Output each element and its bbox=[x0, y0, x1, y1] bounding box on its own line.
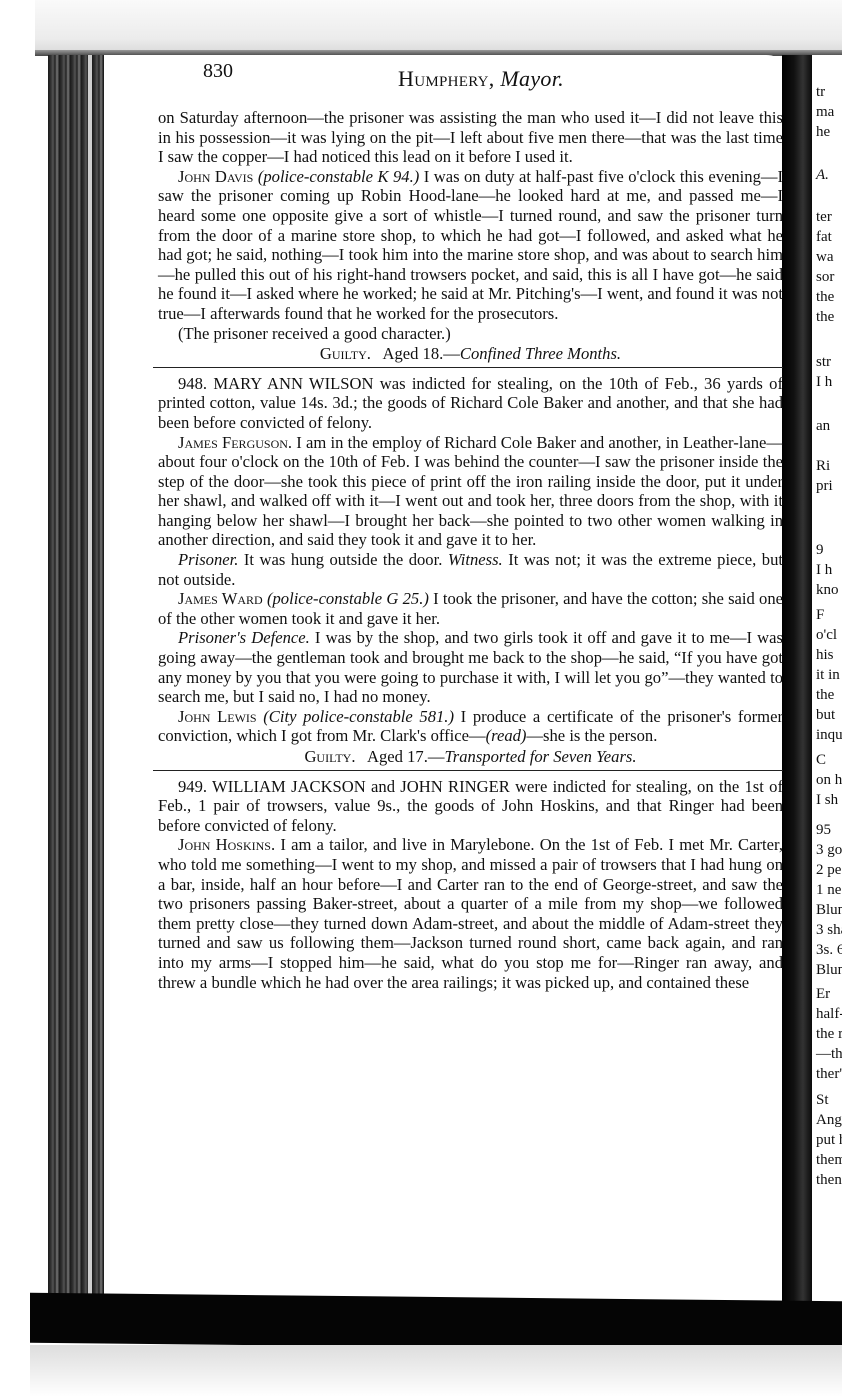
facing-page-line: it in bbox=[816, 665, 840, 685]
witness-name: John Davis bbox=[178, 167, 253, 186]
facing-page-line: ma bbox=[816, 102, 834, 122]
case-948-indictment: 948. MARY ANN WILSON was indicted for st… bbox=[158, 374, 783, 433]
facing-page-line: his bbox=[816, 645, 834, 665]
facing-page-line: str bbox=[816, 352, 831, 372]
facing-page-line: ter bbox=[816, 207, 832, 227]
facing-page-line: sor bbox=[816, 267, 834, 287]
facing-page-line: 3 sha bbox=[816, 920, 842, 940]
facing-page-line: he bbox=[816, 122, 830, 142]
facing-page-line: —the bbox=[816, 1044, 842, 1064]
running-head-title: Mayor. bbox=[500, 66, 564, 91]
speaker-label: Witness. bbox=[448, 550, 503, 569]
body-text: on Saturday afternoon—the prisoner was a… bbox=[158, 108, 783, 992]
testimony-text: I am a tailor, and live in Marylebone. O… bbox=[158, 835, 783, 991]
facing-page-line: them bbox=[816, 1150, 842, 1170]
facing-page-line: 95 bbox=[816, 820, 831, 840]
facing-page-line: I h bbox=[816, 372, 832, 392]
facing-page-line: Er bbox=[816, 984, 830, 1004]
facing-page-line: Ange bbox=[816, 1110, 842, 1130]
facing-page-line: C bbox=[816, 750, 826, 770]
testimony-james-ferguson: James Ferguson. I am in the employ of Ri… bbox=[158, 433, 783, 551]
facing-page-line: 2 pe bbox=[816, 860, 841, 880]
prisoner-text: It was hung outside the door. bbox=[238, 550, 447, 569]
testimony-text-end: —she is the person. bbox=[526, 726, 657, 745]
prisoners-defence: Prisoner's Defence. I was by the shop, a… bbox=[158, 628, 783, 706]
facing-page-line: I h bbox=[816, 560, 832, 580]
page-stack-edges bbox=[48, 55, 104, 1300]
facing-page-line: Ri bbox=[816, 456, 830, 476]
facing-page-line: A. bbox=[816, 165, 829, 185]
facing-page-line: St bbox=[816, 1090, 829, 1110]
defence-label: Prisoner's Defence. bbox=[178, 628, 310, 647]
speaker-label: Prisoner. bbox=[178, 550, 238, 569]
defendant-names: WILLIAM JACKSON and JOHN RINGER bbox=[212, 777, 510, 796]
book-gutter bbox=[782, 55, 812, 1305]
facing-page-line: the bbox=[816, 307, 834, 327]
verdict: Guilty. bbox=[320, 344, 371, 363]
facing-page-line: the bbox=[816, 287, 834, 307]
verdict-line: Guilty. Aged 17.—Transported for Seven Y… bbox=[158, 747, 783, 767]
section-divider bbox=[153, 367, 783, 368]
case-number: 949. bbox=[178, 777, 207, 796]
facing-page-line: F bbox=[816, 605, 824, 625]
sentence: Confined Three Months. bbox=[460, 344, 621, 363]
facing-page-line: I sh bbox=[816, 790, 838, 810]
scan-top-margin bbox=[35, 0, 842, 55]
facing-page-line: put h bbox=[816, 1130, 842, 1150]
running-head: Humphery, Mayor. bbox=[398, 66, 564, 92]
witness-role: (City police-constable 581.) bbox=[263, 707, 454, 726]
facing-page-line: kno bbox=[816, 580, 839, 600]
facing-page-line: an bbox=[816, 416, 830, 436]
facing-page-line: half- bbox=[816, 1004, 842, 1024]
witness-name: John Hoskins. bbox=[178, 835, 275, 854]
continued-paragraph: on Saturday afternoon—the prisoner was a… bbox=[158, 108, 783, 167]
facing-page-line: the bbox=[816, 685, 834, 705]
facing-page-line: Blun bbox=[816, 900, 842, 920]
witness-role: (police-constable G 25.) bbox=[267, 589, 429, 608]
facing-page-fragment: trmaheA.terfatwasorthethestrI hanRipri9I… bbox=[812, 55, 842, 1295]
book-bottom-edge bbox=[30, 1293, 842, 1352]
sentence: Transported for Seven Years. bbox=[444, 747, 636, 766]
witness-name: James Ward bbox=[178, 589, 263, 608]
facing-page-line: Blun bbox=[816, 960, 842, 980]
witness-name: James Ferguson. bbox=[178, 433, 292, 452]
facing-page-line: ther's bbox=[816, 1064, 842, 1084]
running-head-name: Humphery, bbox=[398, 66, 495, 91]
case-number: 948. bbox=[178, 374, 207, 393]
facing-page-line: but bbox=[816, 705, 835, 725]
facing-page-line: fat bbox=[816, 227, 832, 247]
verdict: Guilty. bbox=[304, 747, 355, 766]
age: Aged 17.— bbox=[367, 747, 444, 766]
facing-page-line: 3s. 6 bbox=[816, 940, 842, 960]
facing-page-line: on h bbox=[816, 770, 842, 790]
witness-name: John Lewis bbox=[178, 707, 257, 726]
facing-page-line: the r bbox=[816, 1024, 842, 1044]
testimony-text: I was on duty at half-past five o'clock … bbox=[158, 167, 783, 323]
testimony-john-hoskins: John Hoskins. I am a tailor, and live in… bbox=[158, 835, 783, 992]
facing-page-line: then bbox=[816, 1170, 842, 1190]
character-note: (The prisoner received a good character.… bbox=[158, 324, 783, 344]
testimony-john-davis: John Davis (police-constable K 94.) I wa… bbox=[158, 167, 783, 324]
facing-page-line: pri bbox=[816, 476, 833, 496]
facing-page-line: inqu bbox=[816, 725, 842, 745]
facing-page-line: tr bbox=[816, 82, 825, 102]
scan-bottom-margin bbox=[30, 1345, 842, 1397]
read-note: (read) bbox=[486, 726, 527, 745]
exchange-prisoner-witness: Prisoner. It was hung outside the door. … bbox=[158, 550, 783, 589]
defendant-name: MARY ANN WILSON bbox=[213, 374, 373, 393]
testimony-james-ward: James Ward (police-constable G 25.) I to… bbox=[158, 589, 783, 628]
facing-page-line: 3 go bbox=[816, 840, 842, 860]
facing-page-line: wa bbox=[816, 247, 834, 267]
age: Aged 18.— bbox=[382, 344, 459, 363]
witness-role: (police-constable K 94.) bbox=[258, 167, 419, 186]
testimony-john-lewis: John Lewis (City police-constable 581.) … bbox=[158, 707, 783, 746]
facing-page-line: o'cl bbox=[816, 625, 837, 645]
case-949-indictment: 949. WILLIAM JACKSON and JOHN RINGER wer… bbox=[158, 777, 783, 836]
page-number: 830 bbox=[203, 60, 233, 83]
facing-page-line: 9 bbox=[816, 540, 824, 560]
verdict-line: Guilty. Aged 18.—Confined Three Months. bbox=[158, 344, 783, 364]
facing-page-line: 1 ne bbox=[816, 880, 841, 900]
section-divider bbox=[153, 770, 783, 771]
